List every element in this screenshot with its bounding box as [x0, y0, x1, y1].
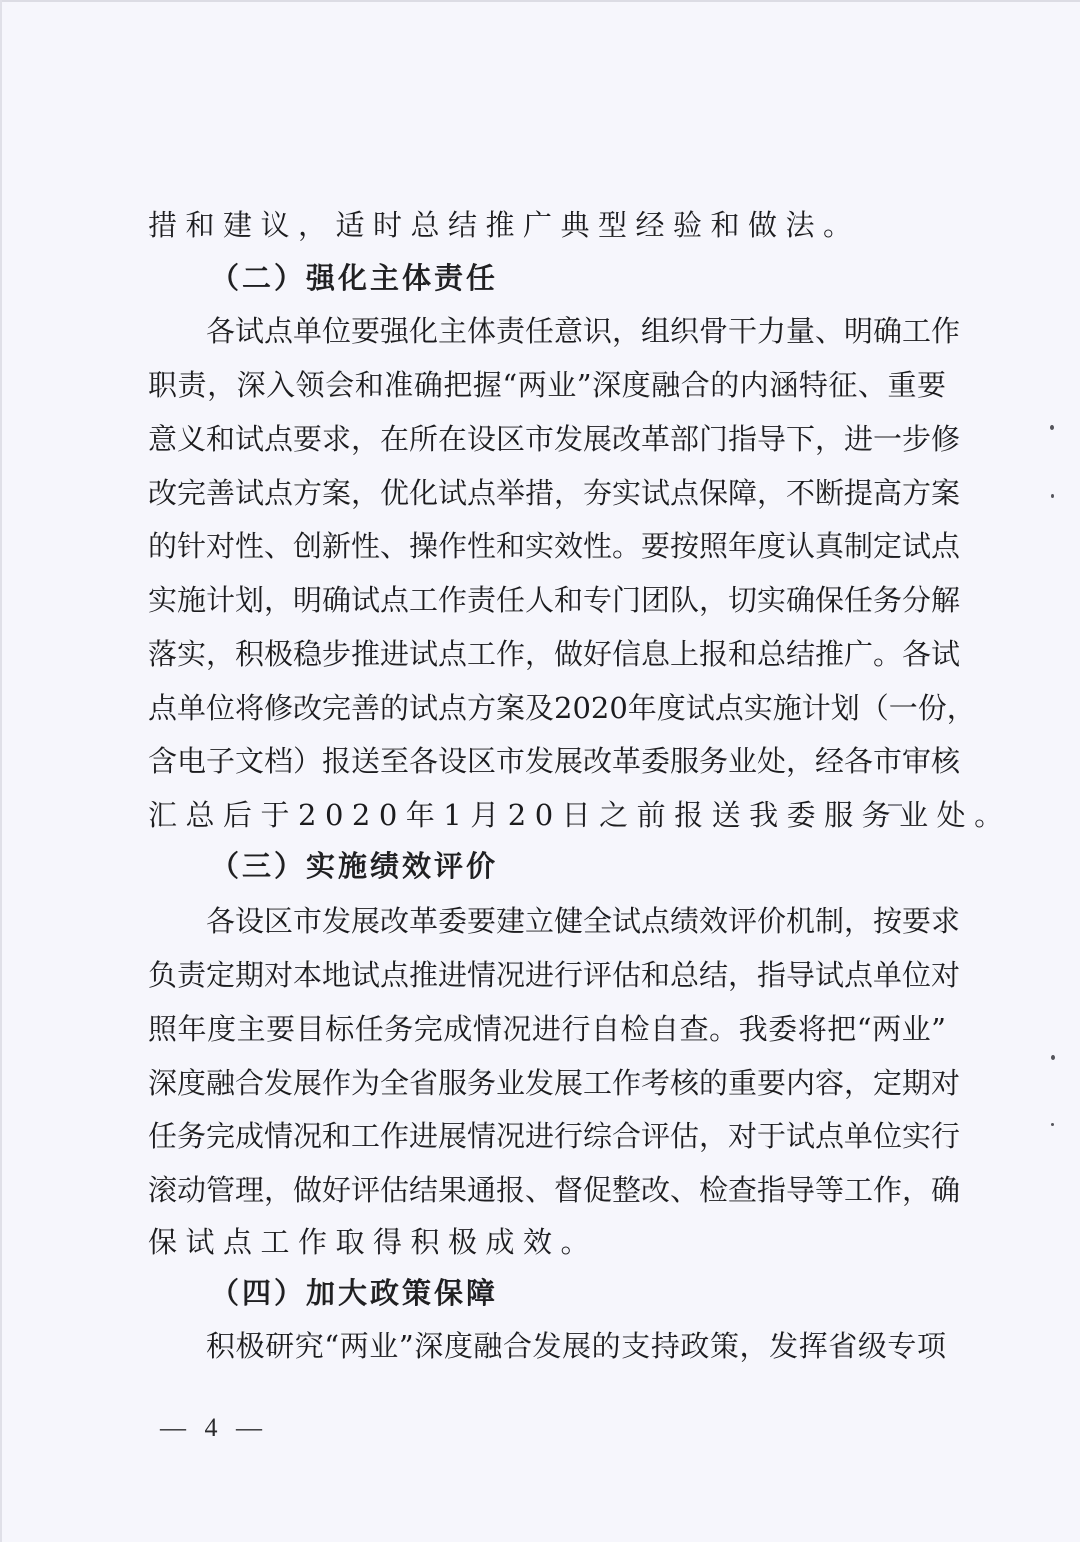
- paragraph-line: 积极研究“两业”深度融合发展的支持政策，发挥省级专项: [206, 1326, 946, 1366]
- paragraph-line: 点单位将修改完善的试点方案及2020年度试点实施计划（一份，: [148, 688, 946, 728]
- paragraph-line: 任务完成情况和工作进展情况进行综合评估，对于试点单位实行: [148, 1116, 946, 1156]
- section-heading-2: （二）强化主体责任: [210, 258, 498, 298]
- scan-speck: [1051, 1055, 1055, 1060]
- page-edge-top: [0, 0, 1080, 2]
- paragraph-line: 含电子文档）报送至各设区市发展改革委服务业处，经各市审核: [148, 741, 946, 781]
- page-edge-left: [0, 0, 2, 1542]
- paragraph-line: 措和建议，适时总结推广典型经验和做法。: [148, 205, 946, 245]
- paragraph-line: 滚动管理，做好评估结果通报、督促整改、检查指导等工作，确: [148, 1170, 946, 1210]
- paragraph-line: 的针对性、创新性、操作性和实效性。要按照年度认真制定试点: [148, 526, 946, 566]
- paragraph-line: 意义和试点要求，在所在设区市发展改革部门指导下，进一步修: [148, 419, 946, 459]
- scan-dash: [888, 804, 902, 806]
- scan-speck: [1051, 494, 1054, 498]
- paragraph-line: 实施计划，明确试点工作责任人和专门团队，切实确保任务分解: [148, 580, 946, 620]
- paragraph-line: 职责，深入领会和准确把握“两业”深度融合的内涵特征、重要: [148, 365, 946, 405]
- scan-speck: [1051, 1123, 1054, 1126]
- paragraph-line: 各设区市发展改革委要建立健全试点绩效评价机制，按要求: [206, 901, 946, 941]
- paragraph-line: 照年度主要目标任务完成情况进行自检自查。我委将把“两业”: [148, 1009, 946, 1049]
- paragraph-line: 落实，积极稳步推进试点工作，做好信息上报和总结推广。各试: [148, 634, 946, 674]
- paragraph-line: 各试点单位要强化主体责任意识，组织骨干力量、明确工作: [206, 311, 946, 351]
- section-heading-4: （四）加大政策保障: [210, 1273, 498, 1313]
- paragraph-line: 深度融合发展作为全省服务业发展工作考核的重要内容，定期对: [148, 1063, 946, 1103]
- scan-speck: [1050, 425, 1054, 430]
- paragraph-line: 改完善试点方案，优化试点举措，夯实试点保障，不断提高方案: [148, 473, 946, 513]
- paragraph-line: 汇总后于2020年1月20日之前报送我委服务业处。: [148, 795, 946, 835]
- page-number: — 4 —: [160, 1412, 268, 1444]
- paragraph-line: 保试点工作取得积极成效。: [148, 1222, 946, 1262]
- paragraph-line: 负责定期对本地试点推进情况进行评估和总结，指导试点单位对: [148, 955, 946, 995]
- section-heading-3: （三）实施绩效评价: [210, 846, 498, 886]
